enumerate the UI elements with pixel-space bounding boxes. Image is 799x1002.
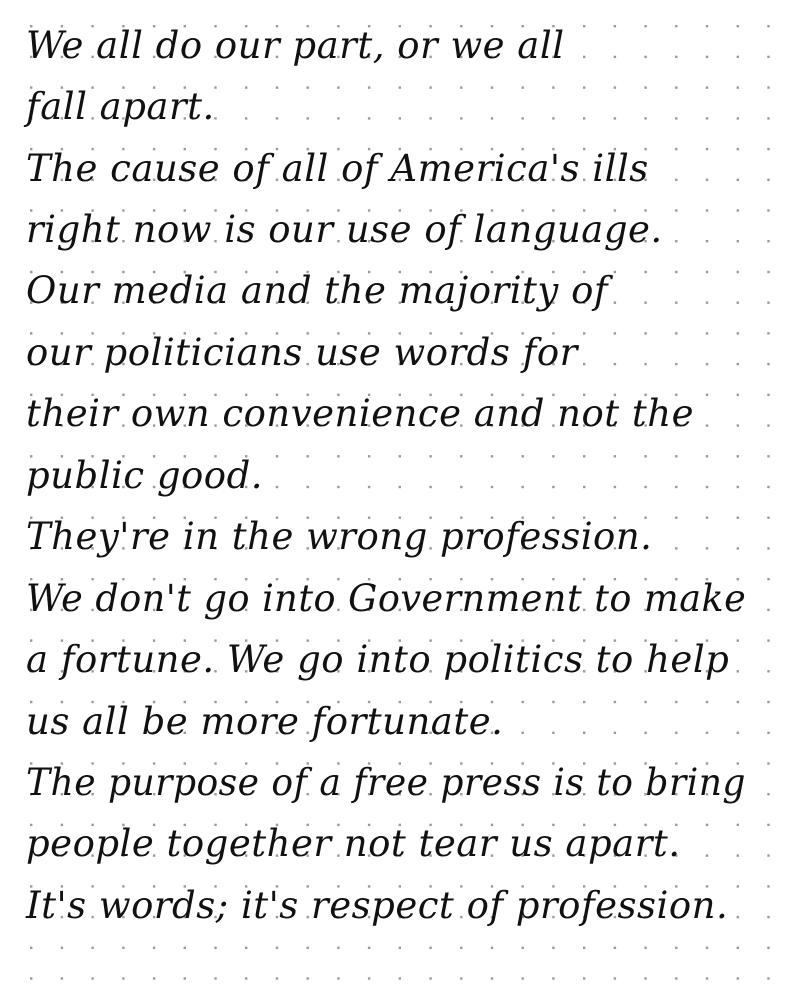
handwritten-line: Our media and the majority of: [26, 272, 608, 309]
handwritten-line: The purpose of a free press is to bring: [26, 764, 746, 801]
handwritten-line: our politicians use words for: [26, 334, 578, 371]
handwritten-line: It's words; it's respect of profession.: [26, 887, 728, 924]
handwritten-line: fall apart.: [26, 88, 215, 125]
handwritten-line: right now is our use of language.: [26, 211, 663, 248]
handwritten-line: us all be more fortunate.: [26, 703, 503, 740]
handwritten-line: their own convenience and not the: [26, 395, 694, 432]
handwritten-line: We don't go into Government to make: [26, 580, 746, 617]
handwritten-text-block: We all do our part, or we all fall apart…: [0, 0, 799, 1002]
dot-grid-page: We all do our part, or we all fall apart…: [0, 0, 799, 1002]
handwritten-line: They're in the wrong profession.: [26, 518, 652, 555]
handwritten-line: The cause of all of America's ills: [26, 150, 649, 187]
handwritten-line: We all do our part, or we all: [26, 27, 565, 64]
handwritten-line: public good.: [26, 457, 263, 494]
handwritten-line: a fortune. We go into politics to help: [26, 641, 729, 678]
handwritten-line: people together not tear us apart.: [26, 825, 681, 862]
